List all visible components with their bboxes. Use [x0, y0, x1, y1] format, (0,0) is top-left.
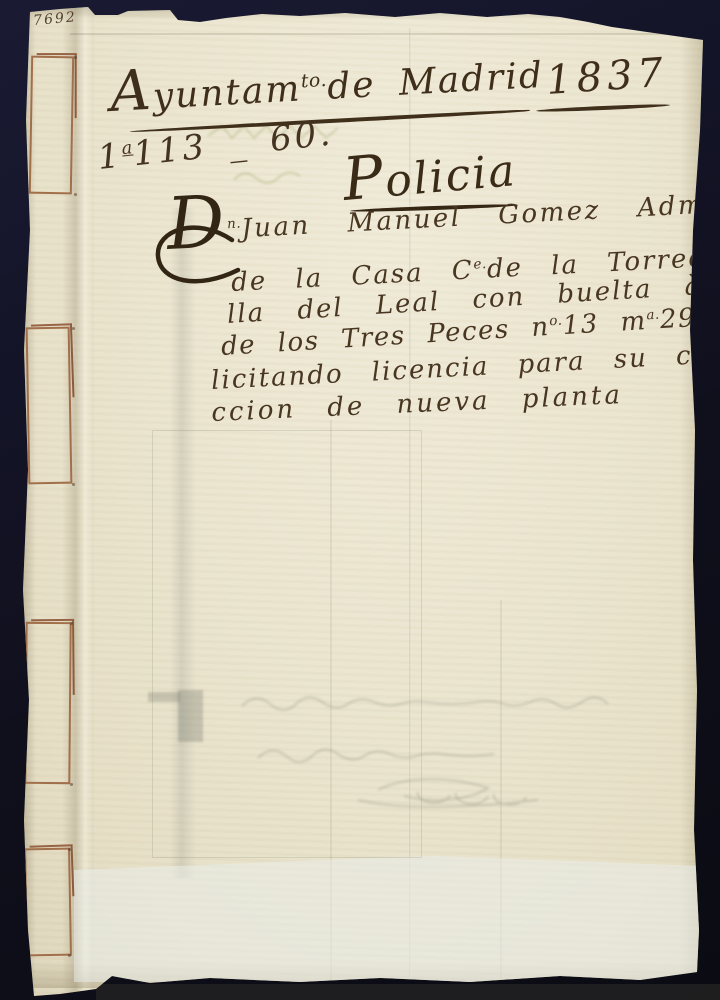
year-label: 1837 [545, 50, 670, 104]
binding-stitch-4 [24, 848, 72, 957]
show-through-handwriting [228, 672, 668, 822]
paper-edge-top [26, 6, 706, 20]
manuscript-page: 7692 Ayuntamto. de Madrid 1837 1a 113 _ … [0, 0, 720, 1000]
show-through-mark [178, 690, 203, 742]
stitch-holes [74, 56, 77, 59]
binding-stitch-3 [24, 622, 71, 784]
underlying-sheet-area [74, 856, 702, 982]
body-text: 29. so- [659, 299, 720, 336]
header-text-rest: de Madrid [326, 55, 545, 108]
scan-surface-strip [96, 984, 720, 1000]
body-superscript: or. [704, 190, 720, 207]
year-underline-flourish [536, 103, 670, 113]
paper-edge-right [680, 30, 704, 980]
horizontal-crease [70, 33, 700, 35]
body-superscript: e. [473, 256, 487, 273]
header-superscript: to. [300, 70, 327, 92]
body-text: 13 m [562, 306, 648, 341]
body-superscript: o. [549, 312, 563, 329]
initial-capital-D: D [167, 221, 227, 224]
header-text: Ayuntam [108, 49, 302, 125]
binding-stitch-2 [26, 327, 73, 485]
archive-scan-background: 7692 Ayuntamto. de Madrid 1837 1a 113 _ … [0, 0, 720, 1000]
body-superscript: a. [646, 307, 660, 324]
binding-stitch-1 [29, 56, 74, 195]
body-superscript: n. [227, 215, 242, 232]
